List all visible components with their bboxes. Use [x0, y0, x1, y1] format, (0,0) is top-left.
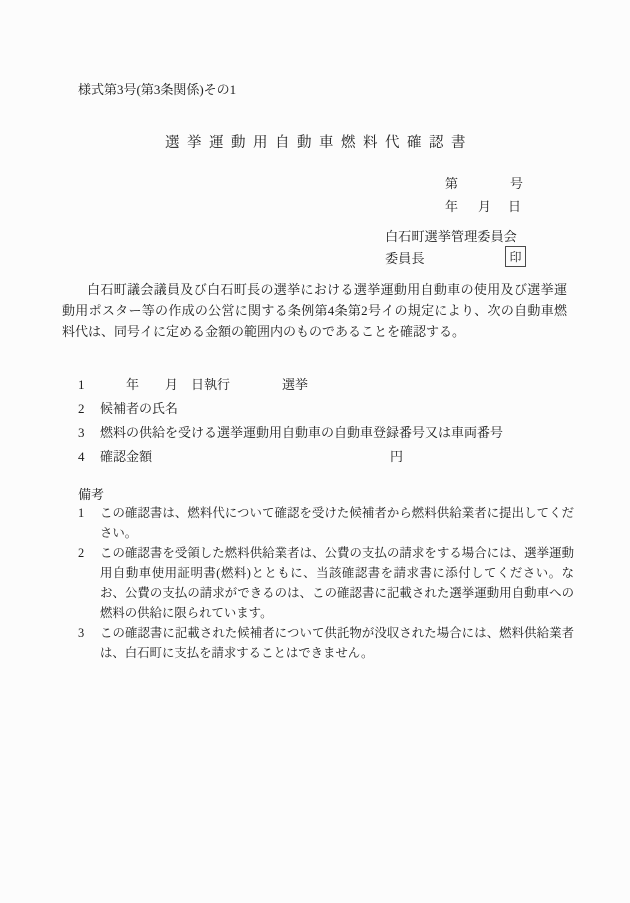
form-number: 様式第3号(第3条関係)その1 — [78, 79, 236, 98]
remarks-heading: 備考 — [78, 484, 104, 503]
item-number: 2 — [78, 401, 100, 416]
date-day-label: 日 — [508, 196, 521, 215]
item-vehicle-registration: 3 燃料の供給を受ける選挙運動用自動車の自動車登録番号又は車両番号 — [78, 425, 570, 440]
doc-number-suffix: 号 — [510, 173, 523, 192]
remark-text: この確認書に記載された候補者について供託物が没収された場合には、燃料供給業者は、… — [100, 623, 574, 663]
remark-number: 2 — [78, 543, 100, 623]
remark-text: この確認書は、燃料代について確認を受けた候補者から燃料供給業者に提出してください… — [100, 503, 574, 543]
item-number: 4 — [78, 449, 100, 464]
item-text: 燃料の供給を受ける選挙運動用自動車の自動車登録番号又は車両番号 — [100, 425, 503, 440]
seal-label: 印 — [509, 251, 521, 263]
item-text: 確認金額 — [100, 449, 152, 464]
amount-unit-yen: 円 — [390, 449, 403, 464]
doc-number-prefix: 第 — [445, 173, 458, 192]
remarks-list: 1 この確認書は、燃料代について確認を受けた候補者から燃料供給業者に提出してくだ… — [78, 503, 574, 663]
confirmation-items: 1 年 月 日執行 選挙 2 候補者の氏名 3 燃料の供給を受ける選挙運動用自動… — [78, 377, 570, 473]
date-year-label: 年 — [445, 196, 458, 215]
fuel-cost-confirmation-form: 様式第3号(第3条関係)その1 選挙運動用自動車燃料代確認書 第 号 年 月 日… — [0, 0, 630, 903]
remark-text: この確認書を受領した燃料供給業者は、公費の支払の請求をする場合には、選挙運動用自… — [100, 543, 574, 623]
remark-item: 2 この確認書を受領した燃料供給業者は、公費の支払の請求をする場合には、選挙運動… — [78, 543, 574, 623]
item-text: 年 月 日執行 選挙 — [100, 377, 308, 392]
date-month-label: 月 — [478, 196, 491, 215]
item-number: 3 — [78, 425, 100, 440]
remark-number: 3 — [78, 623, 100, 663]
chairperson-label: 委員長 — [385, 248, 425, 267]
item-confirmed-amount: 4 確認金額 円 — [78, 449, 570, 464]
body-paragraph: 白石町議会議員及び白石町長の選挙における選挙運動用自動車の使用及び選挙運動用ポス… — [62, 279, 567, 342]
item-text: 候補者の氏名 — [100, 401, 178, 416]
item-number: 1 — [78, 377, 100, 392]
issuer-name: 白石町選挙管理委員会 — [385, 226, 517, 245]
document-title: 選挙運動用自動車燃料代確認書 — [0, 131, 630, 152]
item-candidate-name: 2 候補者の氏名 — [78, 401, 570, 416]
remark-number: 1 — [78, 503, 100, 543]
remark-item: 3 この確認書に記載された候補者について供託物が没収された場合には、燃料供給業者… — [78, 623, 574, 663]
remark-item: 1 この確認書は、燃料代について確認を受けた候補者から燃料供給業者に提出してくだ… — [78, 503, 574, 543]
item-election-date: 1 年 月 日執行 選挙 — [78, 377, 570, 392]
seal-stamp-box: 印 — [505, 246, 526, 267]
